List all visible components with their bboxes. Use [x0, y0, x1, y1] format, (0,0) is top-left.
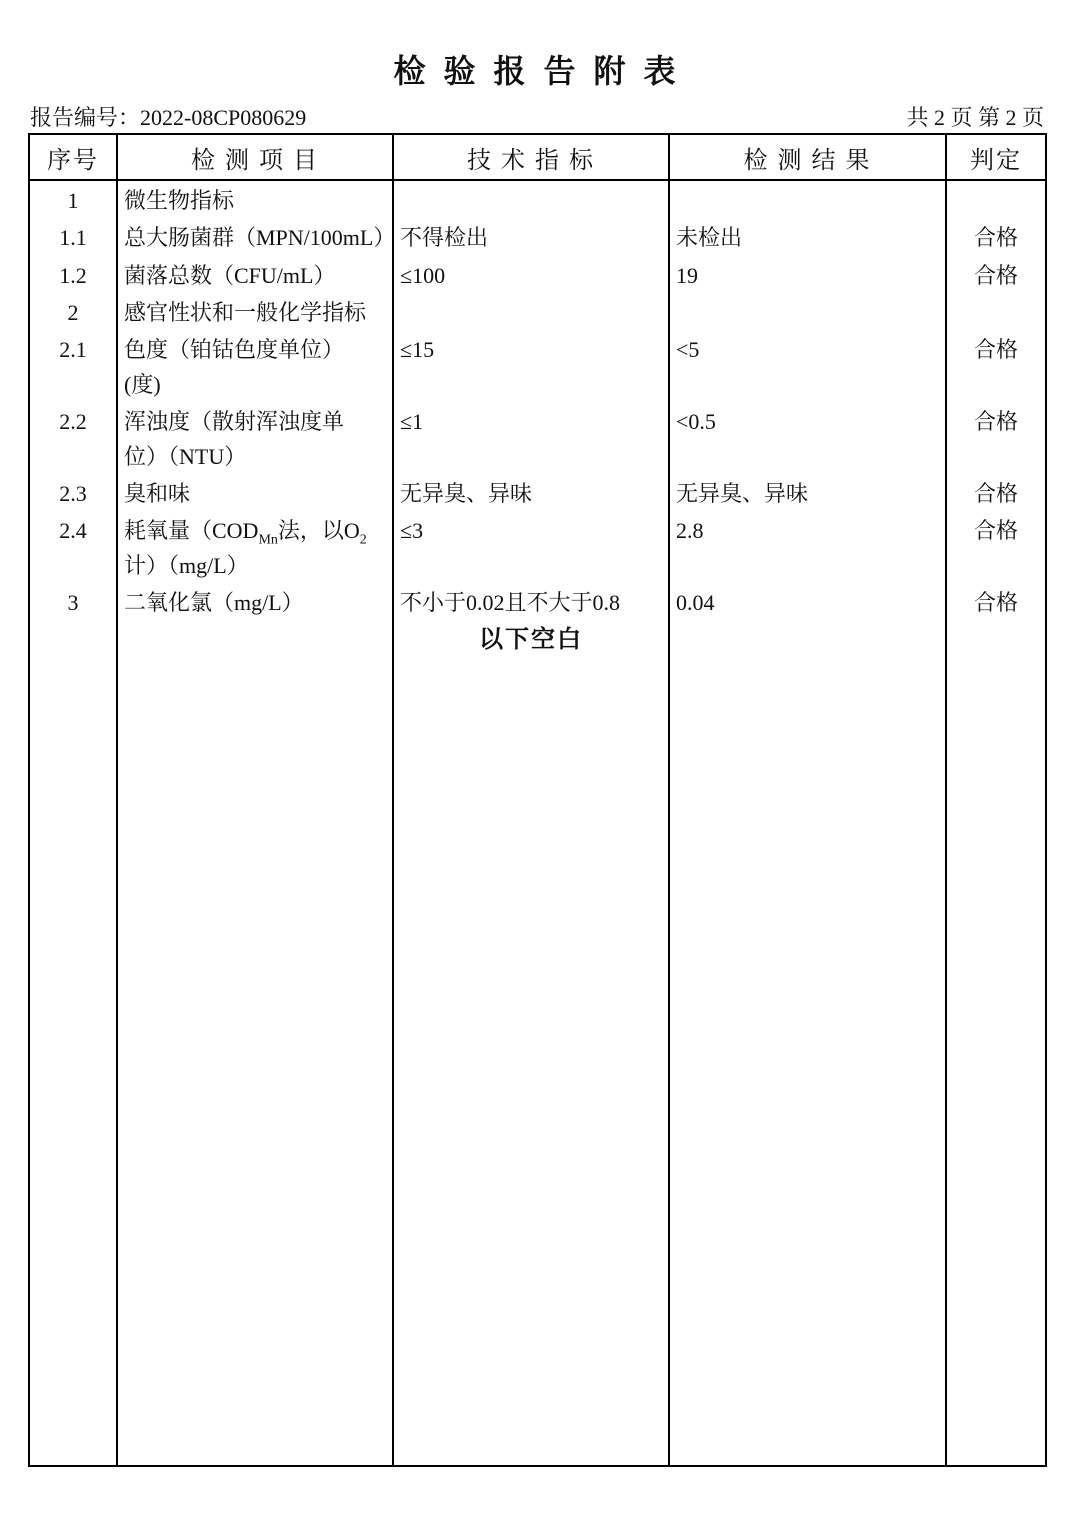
cell-result: 未检出 — [669, 218, 946, 256]
cell-standard: ≤15 — [393, 330, 669, 402]
cell-seq-no: 2.3 — [29, 474, 117, 511]
blank-note-row: 以下空白 — [29, 620, 1046, 658]
cell-seq-no: 2 — [29, 293, 117, 330]
cell-result: <0.5 — [669, 402, 946, 474]
header-verdict: 判定 — [946, 134, 1046, 180]
empty-filler-row — [29, 658, 1046, 1466]
cell-verdict: 合格 — [946, 330, 1046, 402]
page-count-info: 共 2 页 第 2 页 — [906, 101, 1044, 132]
table-row: 1.2 菌落总数（CFU/mL） ≤100 19 合格 — [29, 256, 1046, 293]
cell-standard: 无异臭、异味 — [393, 474, 669, 511]
cell-verdict: 合格 — [946, 256, 1046, 293]
cell-verdict: 合格 — [946, 511, 1046, 583]
cell-verdict: 合格 — [946, 474, 1046, 511]
cell-result: 19 — [669, 256, 946, 293]
page-title: 检 验 报 告 附 表 — [0, 46, 1074, 92]
inspection-results-table: 序号 检 测 项 目 技 术 指 标 检 测 结 果 判定 1 微生物指标 1.… — [28, 133, 1047, 1467]
cell-verdict: 合格 — [946, 218, 1046, 256]
cell-result: 0.04 — [669, 583, 946, 620]
header-test-item: 检 测 项 目 — [117, 134, 393, 180]
report-number: 报告编号：2022-08CP080629 — [30, 101, 306, 132]
cell-seq-no: 2.4 — [29, 511, 117, 583]
report-page: 检 验 报 告 附 表 报告编号：2022-08CP080629 共 2 页 第… — [0, 0, 1074, 1520]
cell-item: 臭和味 — [117, 474, 393, 511]
cell-verdict: 合格 — [946, 402, 1046, 474]
table-row: 1 微生物指标 — [29, 180, 1046, 218]
cell-standard: 不得检出 — [393, 218, 669, 256]
cell-seq-no: 1 — [29, 180, 117, 218]
cell-verdict — [946, 293, 1046, 330]
cell-item: 色度（铂钴色度单位） (度) — [117, 330, 393, 402]
meta-row: 报告编号：2022-08CP080629 共 2 页 第 2 页 — [30, 101, 1044, 132]
cell-verdict: 合格 — [946, 583, 1046, 620]
table-row: 3 二氧化氯（mg/L） 不小于0.02且不大于0.8 0.04 合格 — [29, 583, 1046, 620]
cell-result — [669, 293, 946, 330]
cell-seq-no: 1.2 — [29, 256, 117, 293]
cell-seq-no: 3 — [29, 583, 117, 620]
cell-item: 菌落总数（CFU/mL） — [117, 256, 393, 293]
cell-item: 耗氧量（CODMn法，以O2 计）（mg/L） — [117, 511, 393, 583]
table-row: 1.1 总大肠菌群（MPN/100mL） 不得检出 未检出 合格 — [29, 218, 1046, 256]
table-row: 2.1 色度（铂钴色度单位） (度) ≤15 <5 合格 — [29, 330, 1046, 402]
subscript-2: 2 — [360, 532, 367, 547]
cell-seq-no: 2.2 — [29, 402, 117, 474]
cell-item: 浑浊度（散射浑浊度单 位）（NTU） — [117, 402, 393, 474]
cell-item: 二氧化氯（mg/L） — [117, 583, 393, 620]
cell-standard: ≤3 — [393, 511, 669, 583]
cell-item: 感官性状和一般化学指标 — [117, 293, 393, 330]
table-row: 2 感官性状和一般化学指标 — [29, 293, 1046, 330]
cell-result — [669, 180, 946, 218]
cell-standard: ≤1 — [393, 402, 669, 474]
cell-seq-no: 1.1 — [29, 218, 117, 256]
cell-seq-no: 2.1 — [29, 330, 117, 402]
cell-result: 2.8 — [669, 511, 946, 583]
cell-standard — [393, 180, 669, 218]
cell-item: 总大肠菌群（MPN/100mL） — [117, 218, 393, 256]
cell-standard: 不小于0.02且不大于0.8 — [393, 583, 669, 620]
cell-verdict — [946, 180, 1046, 218]
cell-standard: ≤100 — [393, 256, 669, 293]
header-row: 序号 检 测 项 目 技 术 指 标 检 测 结 果 判定 — [29, 134, 1046, 180]
header-test-result: 检 测 结 果 — [669, 134, 946, 180]
below-blank-note: 以下空白 — [393, 620, 669, 658]
subscript-Mn: Mn — [258, 532, 277, 547]
cell-result: 无异臭、异味 — [669, 474, 946, 511]
cell-result: <5 — [669, 330, 946, 402]
header-seq-no: 序号 — [29, 134, 117, 180]
table-row: 2.4 耗氧量（CODMn法，以O2 计）（mg/L） ≤3 2.8 合格 — [29, 511, 1046, 583]
header-technical-standard: 技 术 指 标 — [393, 134, 669, 180]
cell-standard — [393, 293, 669, 330]
table-row: 2.2 浑浊度（散射浑浊度单 位）（NTU） ≤1 <0.5 合格 — [29, 402, 1046, 474]
cell-item: 微生物指标 — [117, 180, 393, 218]
table-row: 2.3 臭和味 无异臭、异味 无异臭、异味 合格 — [29, 474, 1046, 511]
